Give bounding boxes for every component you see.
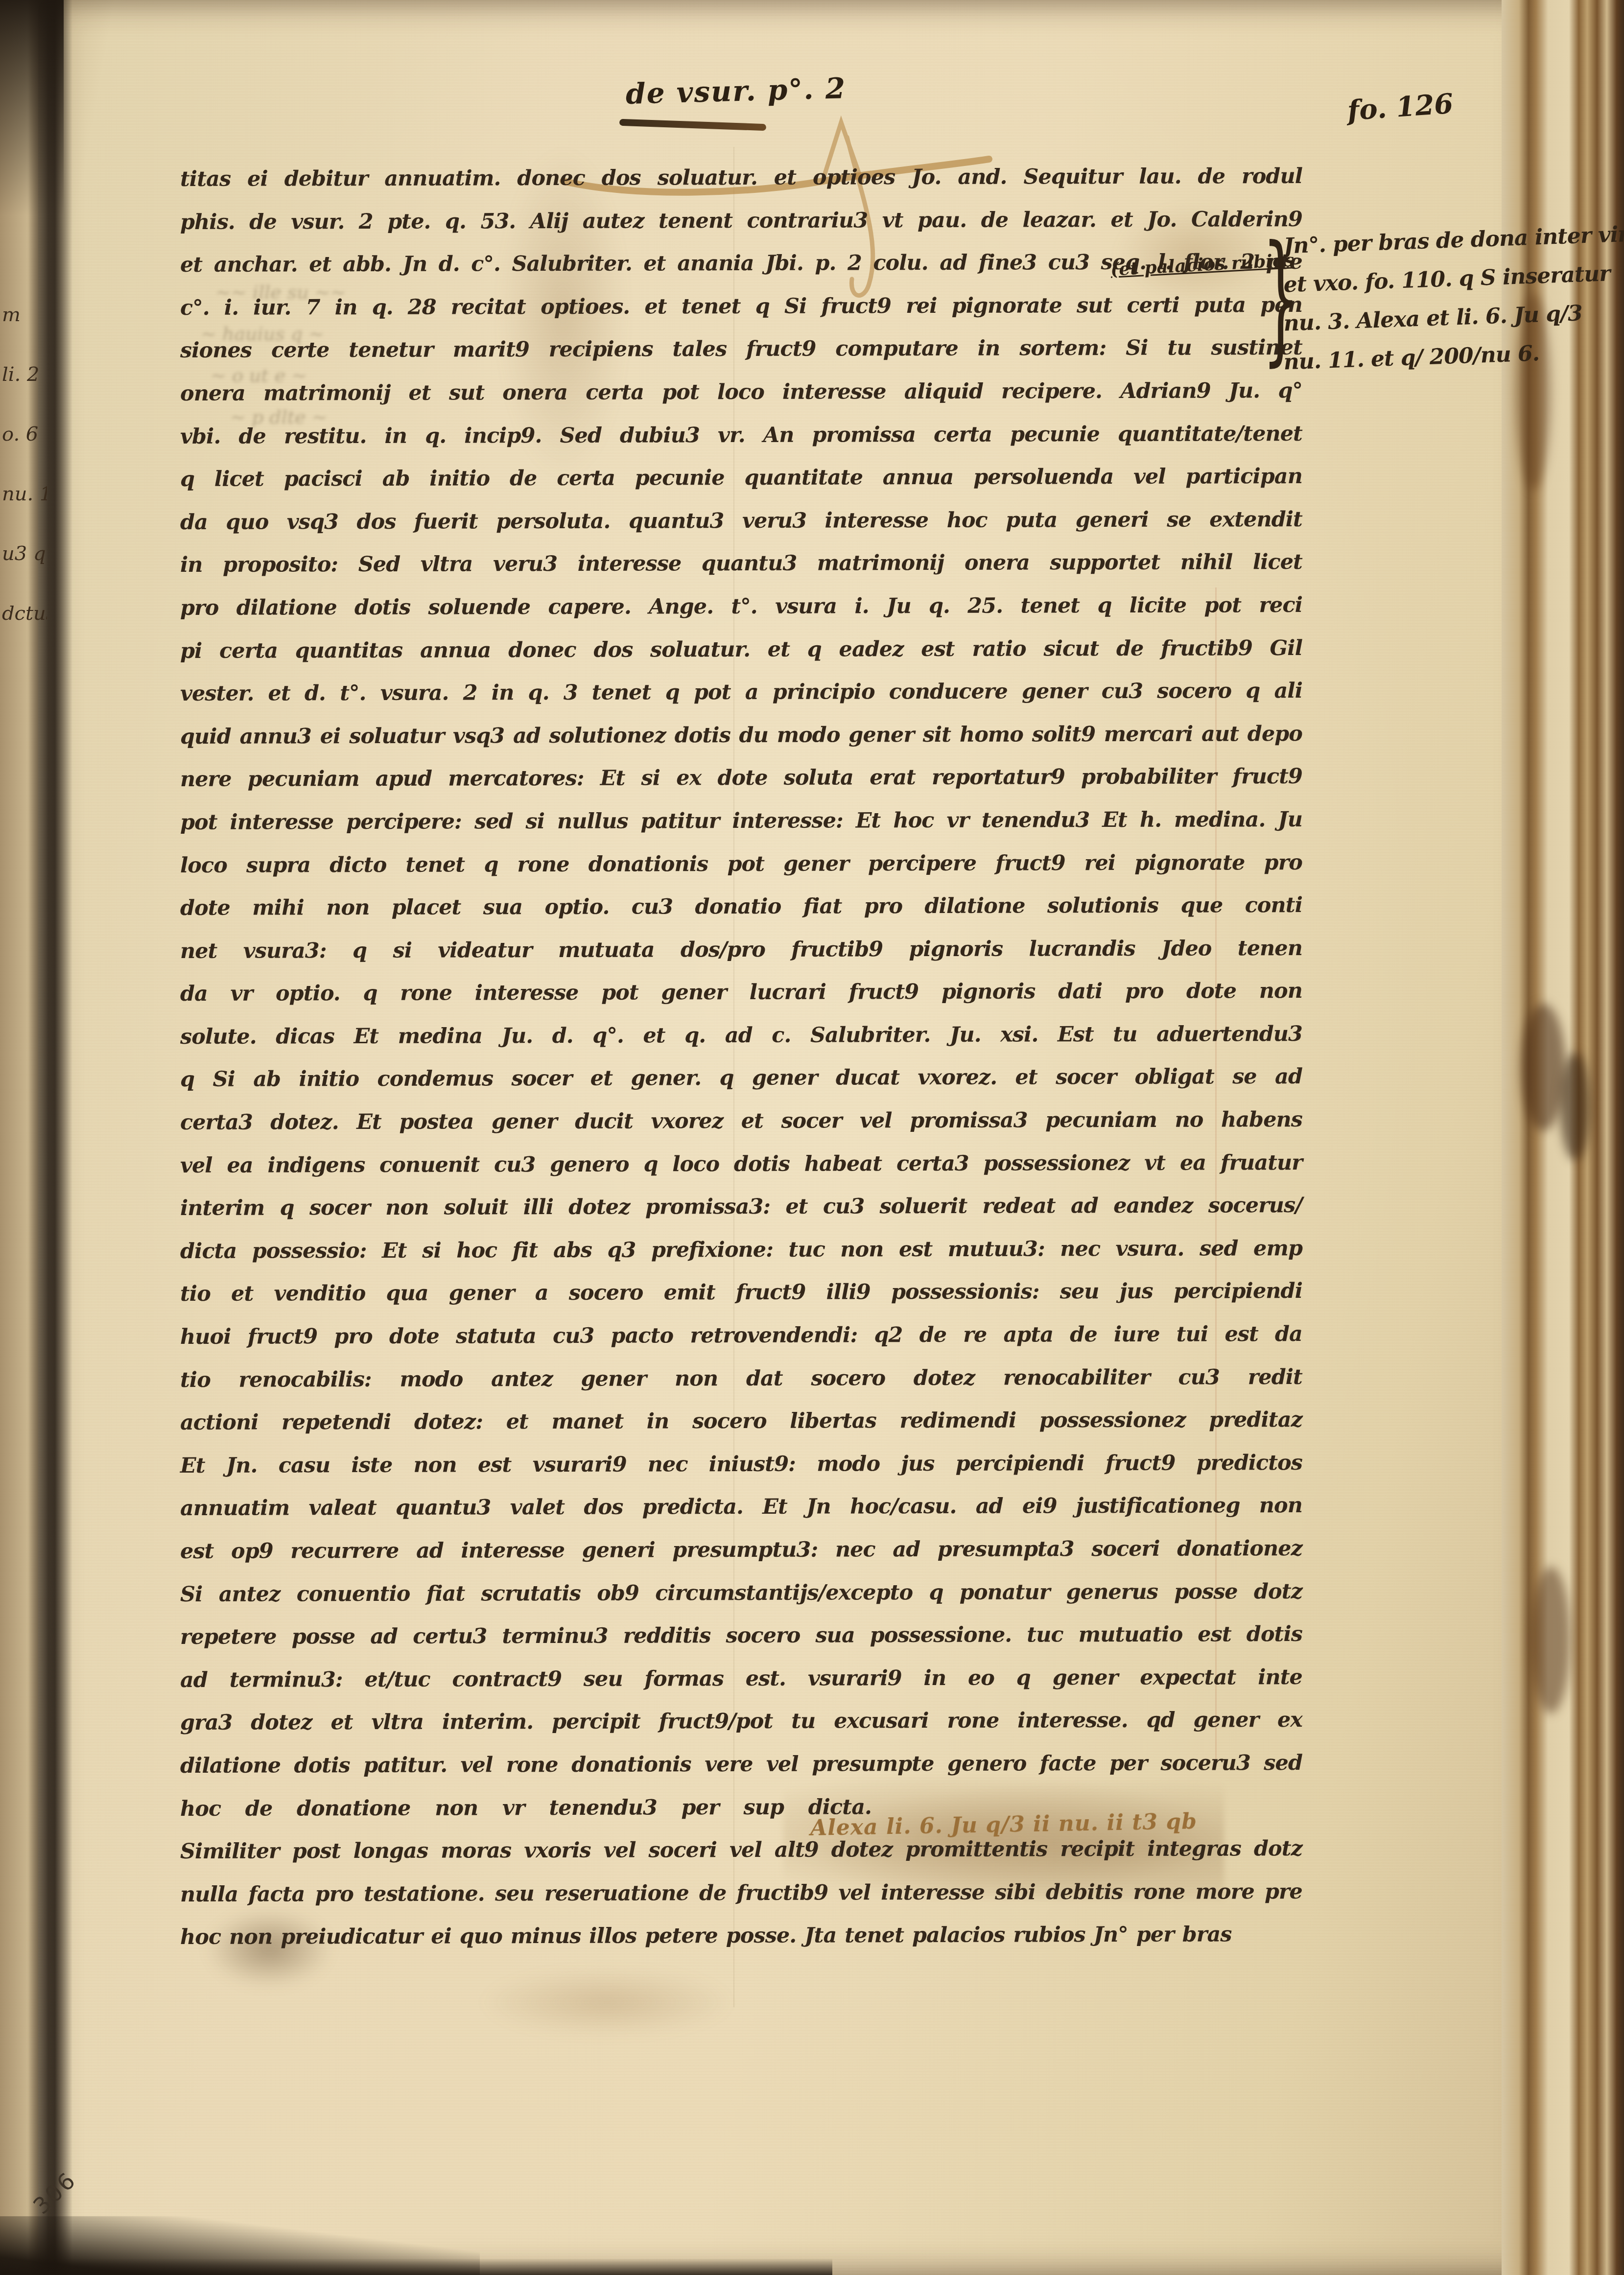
- manuscript-text-line: pot interesse percipere: sed si nullus p…: [180, 807, 1302, 853]
- manuscript-text-line: Similiter post longas moras vxoris vel s…: [180, 1836, 1302, 1882]
- manuscript-text-line: loco supra dicto tenet q rone donationis…: [180, 850, 1302, 896]
- manuscript-text-line: hoc non preiudicatur ei quo minus illos …: [180, 1922, 1302, 1968]
- manuscript-text-line: q Si ab initio condemus socer et gener. …: [180, 1064, 1302, 1110]
- margin-note-fragment: nu. 11: [2, 483, 47, 542]
- manuscript-text-line: phis. de vsur. 2 pte. q. 53. Alij autez …: [180, 207, 1302, 253]
- manuscript-text-line: pro dilatione dotis soluende capere. Ang…: [180, 593, 1302, 639]
- manuscript-text-line: vester. et d. t°. vsura. 2 in q. 3 tenet…: [180, 679, 1302, 725]
- manuscript-text-line: nere pecuniam apud mercatores: Et si ex …: [180, 764, 1302, 810]
- manuscript-text-line: tio renocabilis: modo antez gener non da…: [180, 1365, 1302, 1411]
- manuscript-text-line: gra3 dotez et vltra interim. percipit fr…: [180, 1708, 1302, 1754]
- manuscript-text-line: ad terminu3: et/tuc contract9 seu formas…: [180, 1665, 1302, 1711]
- manuscript-text-line: dicta possessio: Et si hoc fit abs q3 pr…: [180, 1236, 1302, 1282]
- manuscript-text-line: solute. dicas Et medina Ju. d. q°. et q.…: [180, 1022, 1302, 1068]
- manuscript-text-line: siones certe tenetur marit9 recipiens ta…: [180, 335, 1302, 381]
- manuscript-text-line: certa3 dotez. Et postea gener ducit vxor…: [180, 1107, 1302, 1153]
- manuscript-text-line: net vsura3: q si videatur mutuata dos/pr…: [180, 936, 1302, 982]
- manuscript-photo: mli. 2o. 6nu. 11u3 qdctu3 ~~ ille su ~~ …: [0, 0, 1624, 2275]
- fore-edge-stain: [1531, 1567, 1570, 1713]
- manuscript-text-line: tio et venditio qua gener a socero emit …: [180, 1279, 1302, 1325]
- manuscript-text-line: quid annu3 ei soluatur vsq3 ad solutione…: [180, 722, 1302, 768]
- margin-note-fragment: dctu3: [2, 602, 47, 662]
- manuscript-text-line: c°. i. iur. 7 in q. 28 recitat optioes. …: [180, 293, 1302, 339]
- margin-note-fragment: o. 6: [2, 423, 47, 483]
- manuscript-text-line: pi certa quantitas annua donec dos solua…: [180, 636, 1302, 682]
- manuscript-text-line: in proposito: Sed vltra veru3 interesse …: [180, 550, 1302, 596]
- manuscript-text-line: da vr optio. q rone interesse pot gener …: [180, 979, 1302, 1025]
- manuscript-text-line: actioni repetendi dotez: et manet in soc…: [180, 1407, 1302, 1454]
- manuscript-text-line: vel ea indigens conuenit cu3 genero q lo…: [180, 1150, 1302, 1196]
- photo-corner-shadow: [0, 0, 64, 215]
- photo-edge-shadow: [0, 2258, 832, 2275]
- manuscript-text-line: annuatim valeat quantu3 valet dos predic…: [180, 1493, 1302, 1539]
- running-title: de vsur. p°. 2: [625, 71, 847, 111]
- manuscript-text-line: repetere posse ad certu3 terminu3 reddit…: [180, 1622, 1302, 1668]
- manuscript-text-line: nulla facta pro testatione. seu reseruat…: [180, 1879, 1302, 1925]
- manuscript-text-line: vbi. de restitu. in q. incip9. Sed dubiu…: [180, 422, 1302, 468]
- margin-note-fragment: m: [2, 304, 47, 363]
- manuscript-text-line: interim q socer non soluit illi dotez pr…: [180, 1193, 1302, 1239]
- right-margin-gloss: Jn°. per bras de dona inter viret vxo. f…: [1284, 228, 1607, 383]
- manuscript-text-line: huoi fruct9 pro dote statuta cu3 pacto r…: [180, 1322, 1302, 1368]
- manuscript-text-line: titas ei debitur annuatim. donec dos sol…: [180, 164, 1302, 210]
- manuscript-text-line: onera matrimonij et sut onera certa pot …: [180, 378, 1302, 424]
- main-text-block: titas ei debitur annuatim. donec dos sol…: [180, 165, 1302, 1967]
- manuscript-text-line: est op9 recurrere ad interesse generi pr…: [180, 1536, 1302, 1582]
- manuscript-text-line: q licet pacisci ab initio de certa pecun…: [180, 464, 1302, 510]
- fore-edge-stain: [1560, 1053, 1590, 1160]
- margin-note-fragment: li. 2: [2, 363, 47, 423]
- facing-page-margin-notes: mli. 2o. 6nu. 11u3 qdctu3: [2, 304, 47, 662]
- manuscript-text-line: Si antez conuentio fiat scrutatis ob9 ci…: [180, 1579, 1302, 1625]
- fore-edge-stain: [1521, 1004, 1565, 1131]
- manuscript-text-line: dote mihi non placet sua optio. cu3 dona…: [180, 893, 1302, 939]
- manuscript-text-line: Et Jn. casu iste non est vsurari9 nec in…: [180, 1451, 1302, 1497]
- manuscript-text-line: dilatione dotis patitur. vel rone donati…: [180, 1751, 1302, 1797]
- margin-note-fragment: u3 q: [2, 542, 47, 602]
- manuscript-text-line: da quo vsq3 dos fuerit persoluta. quantu…: [180, 507, 1302, 553]
